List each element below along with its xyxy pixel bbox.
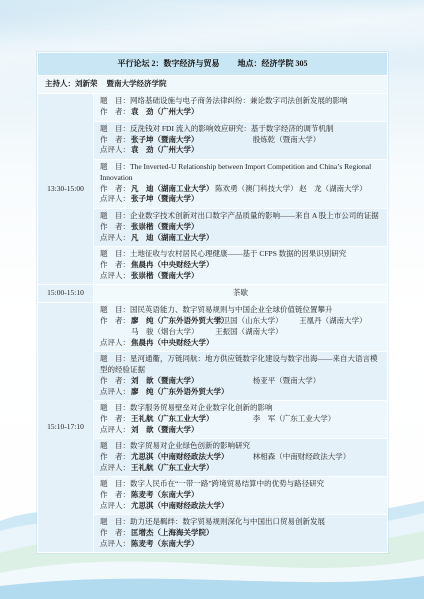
paper-title-line: 题 目：星河通衢，万链同航：地方供应链数字化建设与数字出海——来自大语言模型的经… (100, 354, 382, 376)
author-line: 作 者：张崇楷（暨南大学） (100, 222, 382, 233)
paper-title: 土地征收与农村居民心理健康——基于 CFPS 数据的因果识别研究 (130, 249, 346, 258)
paper-title: 星河通衢，万链同航：地方供应链数字化建设与数字出海——来自大语言模型的经验证据 (100, 354, 378, 374)
session-content: 题 目：网络基础设施与电子商务法律纠纷：兼论数字司法创新发展的影响作 者：袁 劲… (94, 94, 387, 284)
author-affiliation: （中央财经大学） (154, 260, 214, 269)
field-label-discussant: 点评人： (100, 539, 131, 550)
author: 张卫国（山东大学） (215, 316, 299, 327)
forum-location: 地点：经济学院 305 (238, 58, 308, 70)
field-label-discussant: 点评人： (100, 501, 131, 512)
sessions-container: 13:30-15:00题 目：网络基础设施与电子商务法律纠纷：兼论数字司法创新发… (38, 93, 387, 552)
author-affiliation: （湖南大学） (322, 184, 367, 193)
discussant: 廖 纯（广东外语外贸大学） (131, 387, 229, 398)
author: 廖 纯（广东外语外贸大学） (131, 316, 215, 327)
time-cell: 15:00-15:10 (38, 285, 94, 302)
paper-cell: 题 目：网络基础设施与电子商务法律纠纷：兼论数字司法创新发展的影响作 者：袁 劲… (94, 94, 387, 120)
author: 王振国（湖南大学） (215, 327, 299, 338)
paper-cell: 题 目：土地征收与农村居民心理健康——基于 CFPS 数据的因果识别研究作 者：… (94, 246, 387, 284)
session-row: 15:10-17:10题 目：国民英语能力、数字贸易规则与中国企业全球价值链位置… (38, 302, 387, 553)
author: 袁 劲（广州大学） (131, 107, 199, 118)
paper-title: The Inverted-U Relationship between Impo… (100, 162, 371, 182)
author: 尤思淇（中南财经政法大学） (131, 452, 253, 463)
paper-title-line: 题 目：网络基础设施与电子商务法律纠纷：兼论数字司法创新发展的影响 (100, 96, 382, 107)
author: 陈欢勇（澳门科技大学） (215, 184, 299, 195)
authors-group: 张子坤（暨南大学）殷炼乾（暨南大学） (131, 135, 382, 146)
discussant-affiliation: （湖南工业大学） (154, 233, 214, 242)
author-name: 赵 龙 (299, 184, 322, 193)
paper-title: 数字贸易对企业绿色创新的影响研究 (130, 441, 250, 450)
field-label-author: 作 者： (100, 528, 131, 539)
paper-title: 反洗钱对 FDI 流入的影响效应研究：基于数字经济的调节机制 (130, 124, 333, 133)
author-affiliation: （湖南大学） (322, 316, 367, 325)
discussant-affiliation: （中央财经大学） (154, 338, 214, 347)
field-label-discussant: 点评人： (100, 463, 131, 474)
paper-cell: 题 目：数字贸易对企业绿色创新的影响研究作 者：尤思淇（中南财经政法大学）林相森… (94, 438, 387, 476)
time-cell: 13:30-15:00 (38, 94, 94, 284)
paper-title-line: 题 目：The Inverted-U Relationship between … (100, 162, 382, 184)
author-affiliation: （广东工业大学） (275, 414, 335, 423)
author-name: 凡 迪 (131, 184, 154, 193)
author: 王礼航（广东工业大学） (131, 414, 253, 425)
paper-title: 企业数字技术创新对出口数字产品质量的影响——来自 A 股上市公司的证据 (130, 211, 379, 220)
discussant: 尤思淇（中南财经政法大学） (131, 501, 229, 512)
paper-title: 助力还是羁绊：数字贸易规则深化与中国出口贸易创新发展 (130, 517, 325, 526)
author: 匡增杰（上海海关学院） (131, 528, 214, 539)
discussant-line: 点评人：袁 劲（广州大学） (100, 145, 382, 156)
author-name: 陈麦考 (131, 490, 154, 499)
author-affiliation: （暨南大学） (154, 135, 199, 144)
field-label-title: 题 目： (100, 354, 130, 363)
session-content: 茶歇 (94, 285, 387, 302)
author-name: 尤思淇 (131, 452, 154, 461)
authors-group: 尤思淇（中南财经政法大学）林相森（中南财经政法大学） (131, 452, 382, 463)
forum-title: 平行论坛 2：数字经济与贸易 (118, 58, 220, 70)
author-affiliation: （湖南大学） (238, 327, 283, 336)
discussant: 凡 迪（湖南工业大学） (131, 233, 214, 244)
discussant: 焦晨冉（中央财经大学） (131, 338, 214, 349)
author-name: 马 骏 (131, 327, 154, 336)
field-label-author: 作 者： (100, 260, 131, 271)
author-name: 王振国 (215, 327, 238, 336)
author-name: 殷炼乾 (253, 135, 276, 144)
author-name: 张子坤 (131, 135, 154, 144)
paper-cell: 题 目：反洗钱对 FDI 流入的影响效应研究：基于数字经济的调节机制作 者：张子… (94, 121, 387, 159)
author-name: 王凰丹 (299, 316, 322, 325)
author: 陈麦考（东南大学） (131, 490, 199, 501)
discussant: 张子坤（暨南大学） (131, 194, 199, 205)
host-row: 主持人： 刘新荣 暨南大学经济学院 (38, 75, 387, 94)
authors-group: 王礼航（广东工业大学）李 军（广东工业大学） (131, 414, 382, 425)
field-label-author: 作 者： (100, 107, 131, 118)
discussant-line: 点评人：陈麦考（东南大学） (100, 539, 382, 550)
paper-cell: 题 目：助力还是羁绊：数字贸易规则深化与中国出口贸易创新发展作 者：匡增杰（上海… (94, 514, 387, 552)
field-label-title: 题 目： (100, 211, 130, 220)
discussant-name: 袁 劲 (131, 145, 154, 154)
discussant-name: 刘 歆 (131, 425, 154, 434)
discussant-line: 点评人：王礼航（广东工业大学） (100, 463, 382, 474)
author: 凡 迪（湖南工业大学） (131, 184, 215, 195)
table-header-row: 平行论坛 2：数字经济与贸易 地点：经济学院 305 (38, 53, 387, 75)
discussant-name: 王礼航 (131, 463, 154, 472)
discussant-affiliation: （广东外语外贸大学） (154, 387, 229, 396)
author-name: 王礼航 (131, 414, 154, 423)
field-label-author: 作 者： (100, 222, 131, 233)
tea-break-row: 茶歇 (94, 285, 387, 302)
author: 王凰丹（湖南大学） (299, 316, 383, 327)
author-name: 匡增杰 (131, 528, 154, 537)
author: 张子坤（暨南大学） (131, 135, 253, 146)
author-name: 陈欢勇 (215, 184, 238, 193)
author-affiliation: （广东工业大学） (154, 414, 214, 423)
author-line: 作 者：刘 歆（暨南大学）杨亚平（暨南大学） (100, 376, 382, 387)
author-affiliation: （东南大学） (154, 490, 199, 499)
tea-break-label: 茶歇 (233, 288, 248, 299)
author-line: 作 者：张子坤（暨南大学）殷炼乾（暨南大学） (100, 135, 382, 146)
discussant-affiliation: （广东工业大学） (154, 463, 214, 472)
authors-group: 陈麦考（东南大学） (131, 490, 382, 501)
field-label-discussant: 点评人： (100, 194, 131, 205)
field-label-title: 题 目： (100, 162, 130, 171)
discussant-name: 陈麦考 (131, 539, 154, 548)
discussant-name: 凡 迪 (131, 233, 154, 242)
discussant-line: 点评人：张崇楷（暨南大学） (100, 271, 382, 282)
session-row: 13:30-15:00题 目：网络基础设施与电子商务法律纠纷：兼论数字司法创新发… (38, 93, 387, 284)
field-label-title: 题 目： (100, 124, 130, 133)
paper-title: 数字人民币在“一带一路”跨境贸易结算中的优势与路径研究 (130, 479, 324, 488)
field-label-title: 题 目： (100, 96, 130, 105)
author-affiliation: （暨南大学） (154, 376, 199, 385)
discussant-affiliation: （暨南大学） (154, 425, 199, 434)
program-table: 平行论坛 2：数字经济与贸易 地点：经济学院 305 主持人： 刘新荣 暨南大学… (37, 52, 388, 553)
author-affiliation: （中南财经政法大学） (275, 452, 350, 461)
author-name: 张崇楷 (131, 222, 154, 231)
author-name: 刘 歆 (131, 376, 154, 385)
author: 马 骏（烟台大学） (131, 327, 215, 338)
author-name: 李 军 (253, 414, 276, 423)
author: 李 军（广东工业大学） (253, 414, 375, 425)
field-label-title: 题 目： (100, 305, 130, 314)
time-cell: 15:10-17:10 (38, 303, 94, 553)
field-label-author: 作 者： (100, 414, 131, 425)
authors-group: 凡 迪（湖南工业大学）陈欢勇（澳门科技大学）赵 龙（湖南大学） (131, 184, 382, 195)
authors-group: 刘 歆（暨南大学）杨亚平（暨南大学） (131, 376, 382, 387)
paper-title: 网络基础设施与电子商务法律纠纷：兼论数字司法创新发展的影响 (130, 96, 348, 105)
author-line: 作 者：焦晨冉（中央财经大学） (100, 260, 382, 271)
author: 杨亚平（暨南大学） (253, 376, 375, 387)
host-affiliation: 暨南大学经济学院 (107, 79, 167, 90)
session-row: 15:00-15:10茶歇 (38, 284, 387, 302)
field-label-title: 题 目： (100, 249, 130, 258)
host-label: 主持人： (45, 79, 75, 90)
author-name: 廖 纯 (131, 316, 154, 325)
discussant-line: 点评人：廖 纯（广东外语外贸大学） (100, 387, 382, 398)
discussant: 张崇楷（暨南大学） (131, 271, 199, 282)
discussant-affiliation: （暨南大学） (154, 271, 199, 280)
discussant-affiliation: （东南大学） (154, 539, 199, 548)
discussant-line: 点评人：张子坤（暨南大学） (100, 194, 382, 205)
paper-title: 国民英语能力、数字贸易规则与中国企业全球价值链位置攀升 (130, 305, 333, 314)
author-affiliation: （暨南大学） (154, 222, 199, 231)
discussant-line: 点评人：尤思淇（中南财经政法大学） (100, 501, 382, 512)
paper-cell: 题 目：国民英语能力、数字贸易规则与中国企业全球价值链位置攀升作 者：廖 纯（广… (94, 303, 387, 351)
author-affiliation: （山东大学） (238, 316, 283, 325)
paper-title-line: 题 目：助力还是羁绊：数字贸易规则深化与中国出口贸易创新发展 (100, 517, 382, 528)
paper-title-line: 题 目：数字贸易对企业绿色创新的影响研究 (100, 441, 382, 452)
discussant: 袁 劲（广州大学） (131, 145, 199, 156)
author-name: 杨亚平 (253, 376, 276, 385)
paper-cell: 题 目：数字服务贸易壁垒对企业数字化创新的影响作 者：王礼航（广东工业大学）李 … (94, 400, 387, 438)
authors-group: 张崇楷（暨南大学） (131, 222, 382, 233)
discussant: 陈麦考（东南大学） (131, 539, 199, 550)
author-affiliation: （广州大学） (154, 107, 199, 116)
author-affiliation: （澳门科技大学） (238, 184, 298, 193)
authors-group: 廖 纯（广东外语外贸大学）张卫国（山东大学）王凰丹（湖南大学） (131, 316, 382, 327)
paper-title-line: 题 目：数字人民币在“一带一路”跨境贸易结算中的优势与路径研究 (100, 479, 382, 490)
discussant-name: 尤思淇 (131, 501, 154, 510)
paper-title: 数字服务贸易壁垒对企业数字化创新的影响 (130, 403, 273, 412)
author-line: 作 者：王礼航（广东工业大学）李 军（广东工业大学） (100, 414, 382, 425)
author-line: 马 骏（烟台大学）王振国（湖南大学） (100, 327, 382, 338)
author-affiliation: （湖南工业大学） (154, 184, 214, 193)
paper-cell: 题 目：星河通衢，万链同航：地方供应链数字化建设与数字出海——来自大语言模型的经… (94, 351, 387, 400)
paper-cell: 题 目：The Inverted-U Relationship between … (94, 159, 387, 208)
author-line: 作 者：匡增杰（上海海关学院） (100, 528, 382, 539)
author: 赵 龙（湖南大学） (299, 184, 383, 195)
discussant-name: 张崇楷 (131, 271, 154, 280)
field-label-discussant: 点评人： (100, 145, 131, 156)
author-line: 作 者：廖 纯（广东外语外贸大学）张卫国（山东大学）王凰丹（湖南大学） (100, 316, 382, 327)
author-name: 焦晨冉 (131, 260, 154, 269)
author: 张崇楷（暨南大学） (131, 222, 199, 233)
field-label-discussant: 点评人： (100, 338, 131, 349)
authors-group: 焦晨冉（中央财经大学） (131, 260, 382, 271)
field-label-discussant: 点评人： (100, 387, 131, 398)
author-line: 作 者：尤思淇（中南财经政法大学）林相森（中南财经政法大学） (100, 452, 382, 463)
discussant: 王礼航（广东工业大学） (131, 463, 214, 474)
field-label-discussant: 点评人： (100, 271, 131, 282)
discussant-name: 廖 纯 (131, 387, 154, 396)
field-label-author: 作 者： (100, 376, 131, 387)
discussant-affiliation: （广州大学） (154, 145, 199, 154)
authors-group: 袁 劲（广州大学） (131, 107, 382, 118)
field-label-discussant: 点评人： (100, 233, 131, 244)
paper-title-line: 题 目：企业数字技术创新对出口数字产品质量的影响——来自 A 股上市公司的证据 (100, 211, 382, 222)
field-label-author: 作 者： (100, 184, 131, 195)
field-label-author: 作 者： (100, 452, 131, 463)
author-line: 作 者：陈麦考（东南大学） (100, 490, 382, 501)
field-label-title: 题 目： (100, 479, 130, 488)
field-label-discussant: 点评人： (100, 425, 131, 436)
author-affiliation: （暨南大学） (275, 376, 320, 385)
paper-title-line: 题 目：反洗钱对 FDI 流入的影响效应研究：基于数字经济的调节机制 (100, 124, 382, 135)
author-affiliation: （暨南大学） (275, 135, 320, 144)
discussant: 刘 歆（暨南大学） (131, 425, 199, 436)
field-label-title: 题 目： (100, 403, 130, 412)
paper-title-line: 题 目：数字服务贸易壁垒对企业数字化创新的影响 (100, 403, 382, 414)
authors-group: 匡增杰（上海海关学院） (131, 528, 382, 539)
discussant-name: 焦晨冉 (131, 338, 154, 347)
field-label-author: 作 者： (100, 135, 131, 146)
discussant-affiliation: （中南财经政法大学） (154, 501, 229, 510)
discussant-affiliation: （暨南大学） (154, 194, 199, 203)
discussant-line: 点评人：凡 迪（湖南工业大学） (100, 233, 382, 244)
discussant-line: 点评人：刘 歆（暨南大学） (100, 425, 382, 436)
author-affiliation: （上海海关学院） (154, 528, 214, 537)
author-name: 林相森 (253, 452, 276, 461)
discussant-line: 点评人：焦晨冉（中央财经大学） (100, 338, 382, 349)
author: 殷炼乾（暨南大学） (253, 135, 375, 146)
discussant-name: 张子坤 (131, 194, 154, 203)
authors-group: 马 骏（烟台大学）王振国（湖南大学） (131, 327, 382, 338)
author: 焦晨冉（中央财经大学） (131, 260, 214, 271)
author-name: 张卫国 (215, 316, 238, 325)
author-affiliation: （中南财经政法大学） (154, 452, 229, 461)
host-name: 刘新荣 (75, 79, 98, 90)
field-label-author: 作 者： (100, 490, 131, 501)
field-label-author: 作 者： (100, 316, 131, 327)
author-line: 作 者：袁 劲（广州大学） (100, 107, 382, 118)
field-label-title: 题 目： (100, 441, 130, 450)
paper-title-line: 题 目：国民英语能力、数字贸易规则与中国企业全球价值链位置攀升 (100, 305, 382, 316)
author: 林相森（中南财经政法大学） (253, 452, 375, 463)
field-label-title: 题 目： (100, 517, 130, 526)
author-affiliation: （烟台大学） (154, 327, 199, 336)
author-line: 作 者：凡 迪（湖南工业大学）陈欢勇（澳门科技大学）赵 龙（湖南大学） (100, 184, 382, 195)
paper-title-line: 题 目：土地征收与农村居民心理健康——基于 CFPS 数据的因果识别研究 (100, 249, 382, 260)
paper-cell: 题 目：数字人民币在“一带一路”跨境贸易结算中的优势与路径研究作 者：陈麦考（东… (94, 476, 387, 514)
paper-cell: 题 目：企业数字技术创新对出口数字产品质量的影响——来自 A 股上市公司的证据作… (94, 208, 387, 246)
page-background: 平行论坛 2：数字经济与贸易 地点：经济学院 305 主持人： 刘新荣 暨南大学… (0, 0, 424, 599)
session-content: 题 目：国民英语能力、数字贸易规则与中国企业全球价值链位置攀升作 者：廖 纯（广… (94, 303, 387, 553)
author-name: 袁 劲 (131, 107, 154, 116)
author: 刘 歆（暨南大学） (131, 376, 253, 387)
